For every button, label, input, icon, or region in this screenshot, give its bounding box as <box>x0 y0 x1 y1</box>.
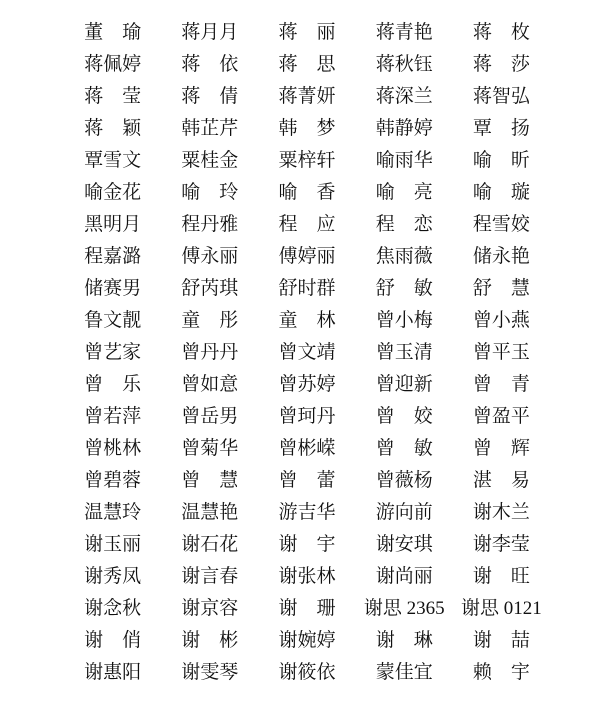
name-cell: 曾桃林 <box>64 433 161 465</box>
name-cell: 曾玉清 <box>356 337 453 369</box>
name-cell: 程 恋 <box>356 209 453 241</box>
name-cell: 蒋 颖 <box>64 113 161 145</box>
name-cell: 蒙佳宜 <box>356 657 453 689</box>
name-cell: 韩 梦 <box>258 113 355 145</box>
name-cell: 焦雨薇 <box>356 241 453 273</box>
name-cell: 曾小梅 <box>356 305 453 337</box>
name-cell: 游向前 <box>356 497 453 529</box>
name-cell: 曾平玉 <box>453 337 550 369</box>
name-cell: 曾 蕾 <box>258 465 355 497</box>
name-cell: 曾丹丹 <box>161 337 258 369</box>
page: 董 瑜蒋月月蒋 丽蒋青艳蒋 枚蒋佩婷蒋 依蒋 思蒋秋钰蒋 莎蒋 莹蒋 倩蒋菁妍蒋… <box>0 0 600 710</box>
name-cell: 韩静婷 <box>356 113 453 145</box>
name-cell: 蒋深兰 <box>356 81 453 113</box>
name-cell: 谢惠阳 <box>64 657 161 689</box>
name-cell: 谢玉丽 <box>64 529 161 561</box>
name-cell: 蒋青艳 <box>356 17 453 49</box>
name-cell: 曾若萍 <box>64 401 161 433</box>
name-cell: 谢念秋 <box>64 593 161 625</box>
name-cell: 谢 俏 <box>64 625 161 657</box>
name-cell: 谢 旺 <box>453 561 550 593</box>
name-cell: 谢张林 <box>258 561 355 593</box>
name-cell: 蒋 莹 <box>64 81 161 113</box>
name-cell: 覃雪文 <box>64 145 161 177</box>
name-cell: 傅永丽 <box>161 241 258 273</box>
name-cell: 童 彤 <box>161 305 258 337</box>
name-cell: 韩芷芹 <box>161 113 258 145</box>
name-grid: 董 瑜蒋月月蒋 丽蒋青艳蒋 枚蒋佩婷蒋 依蒋 思蒋秋钰蒋 莎蒋 莹蒋 倩蒋菁妍蒋… <box>0 0 600 689</box>
name-cell: 曾碧蓉 <box>64 465 161 497</box>
name-cell: 粟桂金 <box>161 145 258 177</box>
name-cell: 曾艺家 <box>64 337 161 369</box>
name-cell: 喻金花 <box>64 177 161 209</box>
name-cell: 黑明月 <box>64 209 161 241</box>
name-cell: 曾 慧 <box>161 465 258 497</box>
name-cell: 蒋佩婷 <box>64 49 161 81</box>
name-cell: 谢 彬 <box>161 625 258 657</box>
name-cell: 谢安琪 <box>356 529 453 561</box>
name-cell: 蒋 莎 <box>453 49 550 81</box>
name-cell: 游吉华 <box>258 497 355 529</box>
name-cell: 傅婷丽 <box>258 241 355 273</box>
name-cell: 曾小燕 <box>453 305 550 337</box>
name-cell: 谢 喆 <box>453 625 550 657</box>
name-cell: 谢石花 <box>161 529 258 561</box>
name-cell: 谢言春 <box>161 561 258 593</box>
name-cell: 程嘉潞 <box>64 241 161 273</box>
name-cell: 湛 易 <box>453 465 550 497</box>
name-cell: 舒时群 <box>258 273 355 305</box>
name-cell: 舒芮琪 <box>161 273 258 305</box>
name-cell: 储永艳 <box>453 241 550 273</box>
name-cell: 曾岳男 <box>161 401 258 433</box>
name-cell: 曾 敏 <box>356 433 453 465</box>
name-cell: 储赛男 <box>64 273 161 305</box>
name-cell: 舒 慧 <box>453 273 550 305</box>
name-cell: 赖 宇 <box>453 657 550 689</box>
name-cell: 蒋菁妍 <box>258 81 355 113</box>
name-cell: 喻 璇 <box>453 177 550 209</box>
name-cell: 谢尚丽 <box>356 561 453 593</box>
name-cell: 喻 玲 <box>161 177 258 209</box>
name-cell: 蒋 倩 <box>161 81 258 113</box>
name-cell: 曾如意 <box>161 369 258 401</box>
name-cell: 喻雨华 <box>356 145 453 177</box>
name-cell: 蒋智弘 <box>453 81 550 113</box>
name-cell: 曾薇杨 <box>356 465 453 497</box>
name-cell: 程丹雅 <box>161 209 258 241</box>
name-cell: 谢秀凤 <box>64 561 161 593</box>
name-cell: 曾文靖 <box>258 337 355 369</box>
name-cell: 董 瑜 <box>64 17 161 49</box>
name-cell: 谢李莹 <box>453 529 550 561</box>
name-cell: 曾彬嵘 <box>258 433 355 465</box>
name-cell: 谢京容 <box>161 593 258 625</box>
name-cell: 曾 辉 <box>453 433 550 465</box>
name-cell: 蒋秋钰 <box>356 49 453 81</box>
name-cell: 蒋 依 <box>161 49 258 81</box>
name-cell: 谢婉婷 <box>258 625 355 657</box>
name-cell: 谢雯琴 <box>161 657 258 689</box>
name-cell: 覃 扬 <box>453 113 550 145</box>
name-cell: 温慧玲 <box>64 497 161 529</box>
name-cell: 谢 珊 <box>258 593 355 625</box>
name-cell: 谢 宇 <box>258 529 355 561</box>
name-cell: 舒 敏 <box>356 273 453 305</box>
name-cell: 喻 亮 <box>356 177 453 209</box>
name-cell: 谢思 0121 <box>453 593 550 625</box>
name-cell: 谢 琳 <box>356 625 453 657</box>
name-cell: 谢思 2365 <box>356 593 453 625</box>
name-cell: 曾菊华 <box>161 433 258 465</box>
name-cell: 谢筱依 <box>258 657 355 689</box>
name-cell: 童 林 <box>258 305 355 337</box>
name-cell: 谢木兰 <box>453 497 550 529</box>
name-cell: 鲁文靓 <box>64 305 161 337</box>
name-cell: 蒋 枚 <box>453 17 550 49</box>
name-cell: 曾苏婷 <box>258 369 355 401</box>
name-cell: 喻 昕 <box>453 145 550 177</box>
name-cell: 蒋 丽 <box>258 17 355 49</box>
name-cell: 温慧艳 <box>161 497 258 529</box>
name-cell: 曾盈平 <box>453 401 550 433</box>
name-cell: 粟梓轩 <box>258 145 355 177</box>
name-cell: 曾迎新 <box>356 369 453 401</box>
name-cell: 程雪姣 <box>453 209 550 241</box>
name-cell: 曾 姣 <box>356 401 453 433</box>
name-cell: 蒋 思 <box>258 49 355 81</box>
name-cell: 程 应 <box>258 209 355 241</box>
name-cell: 蒋月月 <box>161 17 258 49</box>
name-cell: 喻 香 <box>258 177 355 209</box>
name-cell: 曾 乐 <box>64 369 161 401</box>
name-cell: 曾 青 <box>453 369 550 401</box>
name-cell: 曾珂丹 <box>258 401 355 433</box>
